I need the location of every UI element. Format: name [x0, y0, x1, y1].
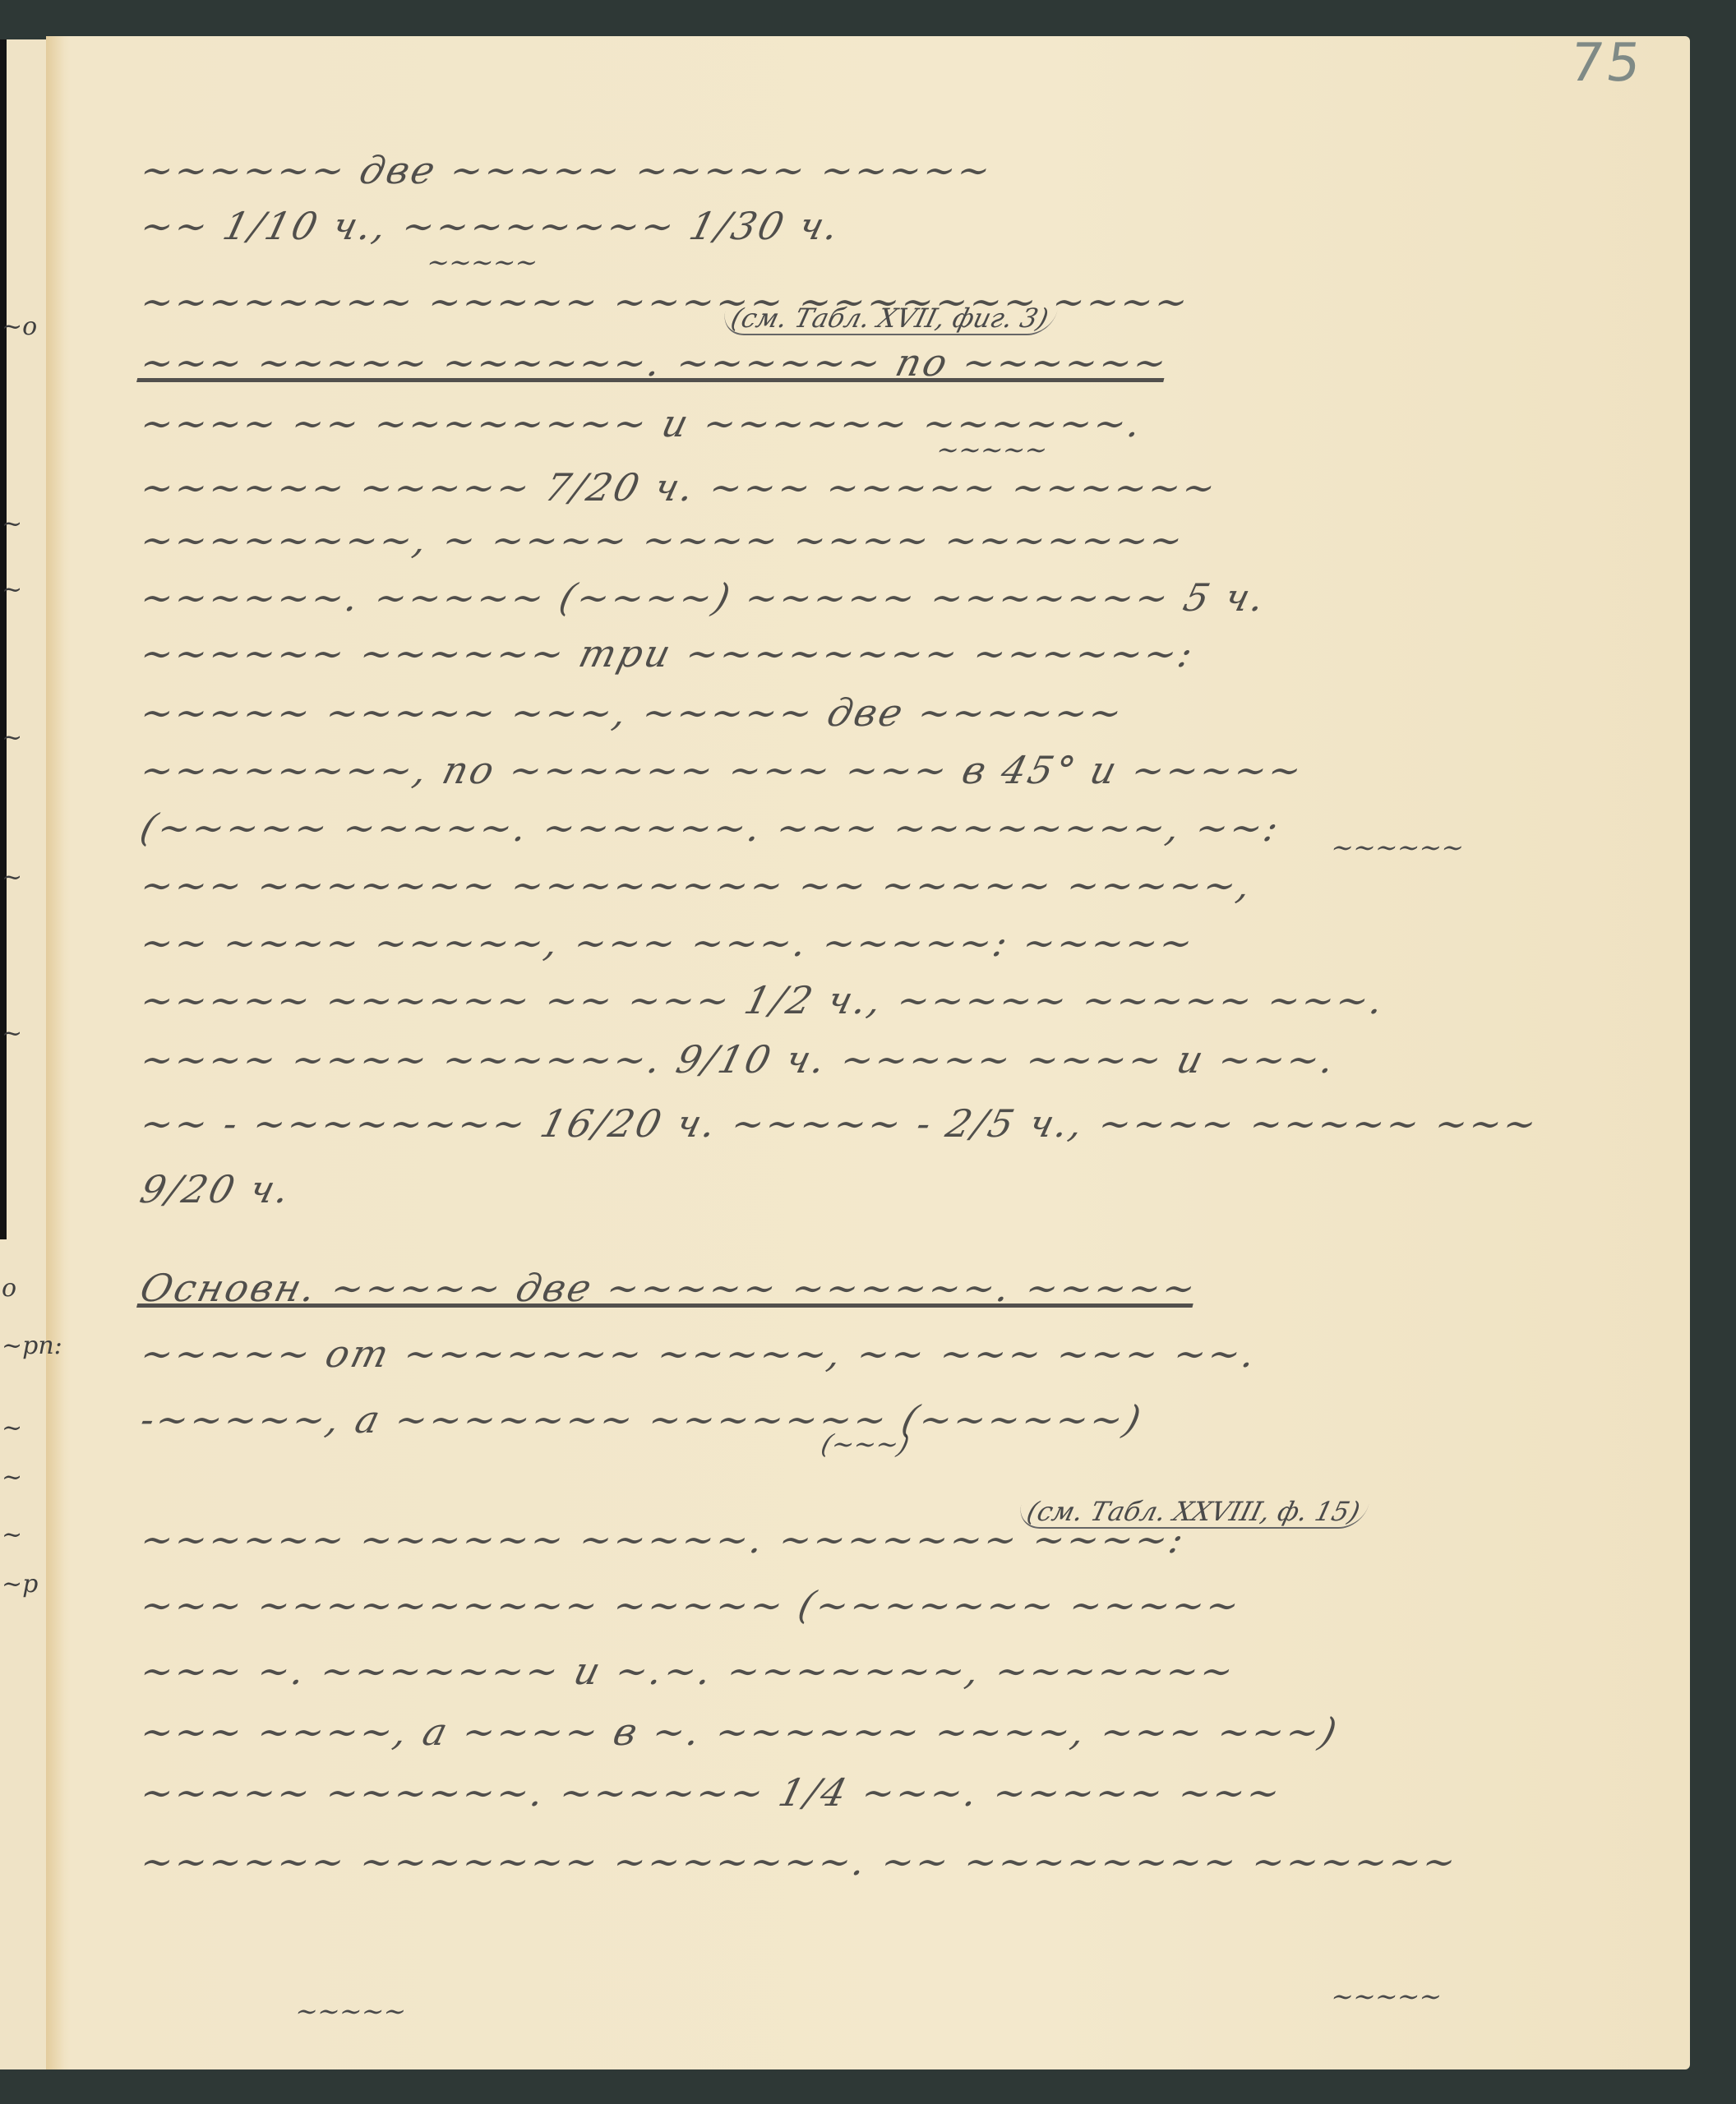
- manuscript-line: ~~~ ~. ~~~~~~~ и ~.~. ~~~~~~~, ~~~~~~~: [132, 1649, 1675, 1706]
- manuscript-line: ~~~~~~ ~~~~~ 7/20 ч. ~~~ ~~~~~ ~~~~~~: [132, 465, 1675, 523]
- manuscript-line: ~~~ ~~~~~ ~~~~~~. ~~~~~~ по ~~~~~~: [132, 340, 1675, 398]
- margin-note: ~pn:: [2, 1331, 62, 1360]
- section-heading-line: Основн. ~~~~~ две ~~~~~ ~~~~~~. ~~~~~: [132, 1266, 1675, 1323]
- page-number: 75: [1566, 33, 1648, 94]
- manuscript-line: ~~~~~~ две ~~~~~ ~~~~~ ~~~~~: [132, 148, 1675, 205]
- manuscript-line: ~~~~~ ~~~~~~. ~~~~~~ 1/4 ~~~. ~~~~~ ~~~: [132, 1770, 1675, 1828]
- page-gutter: [46, 36, 64, 2069]
- manuscript-line: ~~ ~~~~ ~~~~~, ~~~ ~~~. ~~~~~: ~~~~~: [132, 920, 1675, 978]
- manuscript-line: ~~~~ ~~~~ ~~~~~~. 9/10 ч. ~~~~~ ~~~~ и ~…: [132, 1037, 1675, 1095]
- margin-note: ~: [2, 510, 22, 538]
- manuscript-line: ~~~ ~~~~~~~ ~~~~~~~~ ~~ ~~~~~ ~~~~~,: [132, 863, 1675, 920]
- margin-note: ~: [2, 1520, 22, 1549]
- margin-note: ~: [2, 1414, 22, 1442]
- margin-note: ~: [2, 1463, 22, 1492]
- manuscript-line: ~~ 1/10 ч., ~~~~~~~~ 1/30 ч.: [132, 204, 1675, 261]
- manuscript-line: ~~~~~ ~~~~~ ~~~, ~~~~~ две ~~~~~~: [132, 690, 1675, 748]
- manuscript-line: (~~~~~ ~~~~~. ~~~~~~. ~~~ ~~~~~~~~, ~~:: [132, 805, 1675, 863]
- left-black-strip: [0, 39, 7, 1239]
- margin-note: ~: [2, 1019, 22, 1048]
- margin-note: ~: [2, 863, 22, 892]
- manuscript-line: ~~~ ~~~~~~~~~~ ~~~~~ (~~~~~~~ ~~~~~: [132, 1583, 1675, 1640]
- interlinear-insert: ~~~~~: [1327, 1981, 1446, 2012]
- manuscript-line: ~~~~ ~~ ~~~~~~~~ и ~~~~~~ ~~~~~~.: [132, 401, 1675, 459]
- manuscript-line: ~~~~~~~~ ~~~~~ ~~~~~ ~~~~~~~ ~~~~: [132, 279, 1675, 337]
- margin-note: o: [2, 1274, 16, 1303]
- manuscript-line: ~~~~~ от ~~~~~~~ ~~~~~, ~~ ~~~ ~~~ ~~.: [132, 1331, 1675, 1389]
- manuscript-line: -~~~~~, а ~~~~~~~ ~~~~~~~ (~~~~~~): [132, 1397, 1675, 1455]
- manuscript-line: ~~~~~~ ~~~~~~ три ~~~~~~~~ ~~~~~~:: [132, 631, 1675, 689]
- manuscript-line: ~~~~~~. ~~~~~ (~~~~) ~~~~~ ~~~~~~~ 5 ч.: [132, 575, 1675, 633]
- margin-note: ~: [2, 723, 22, 752]
- manuscript-line: ~~~~~~ ~~~~~~~ ~~~~~~~. ~~ ~~~~~~~~ ~~~~…: [132, 1839, 1675, 1897]
- section-heading-line: ~~~~~~ ~~~~~~ ~~~~~. ~~~~~~~ ~~~~:: [132, 1517, 1675, 1575]
- margin-note: ~o: [2, 312, 37, 341]
- manuscript-line: ~~~ ~~~~, а ~~~~ в ~. ~~~~~~ ~~~~, ~~~ ~…: [132, 1709, 1675, 1767]
- margin-note: ~p: [2, 1570, 38, 1599]
- manuscript-line: ~~~~~ ~~~~~~ ~~ ~~~ 1/2 ч., ~~~~~ ~~~~~ …: [132, 978, 1675, 1036]
- facing-page-edge: [0, 39, 51, 2069]
- manuscript-line: ~~~~~~~~, ~ ~~~~ ~~~~ ~~~~ ~~~~~~~: [132, 518, 1675, 575]
- margin-note: ~: [2, 575, 22, 604]
- manuscript-line: ~~ - ~~~~~~~~ 16/20 ч. ~~~~~ - 2/5 ч., ~…: [132, 1101, 1675, 1159]
- interlinear-insert: ~~~~~: [292, 1996, 410, 2027]
- manuscript-line: 9/20 ч.: [132, 1167, 1675, 1225]
- manuscript-line: ~~~~~~~~, по ~~~~~~ ~~~ ~~~ в 45° и ~~~~…: [132, 748, 1675, 805]
